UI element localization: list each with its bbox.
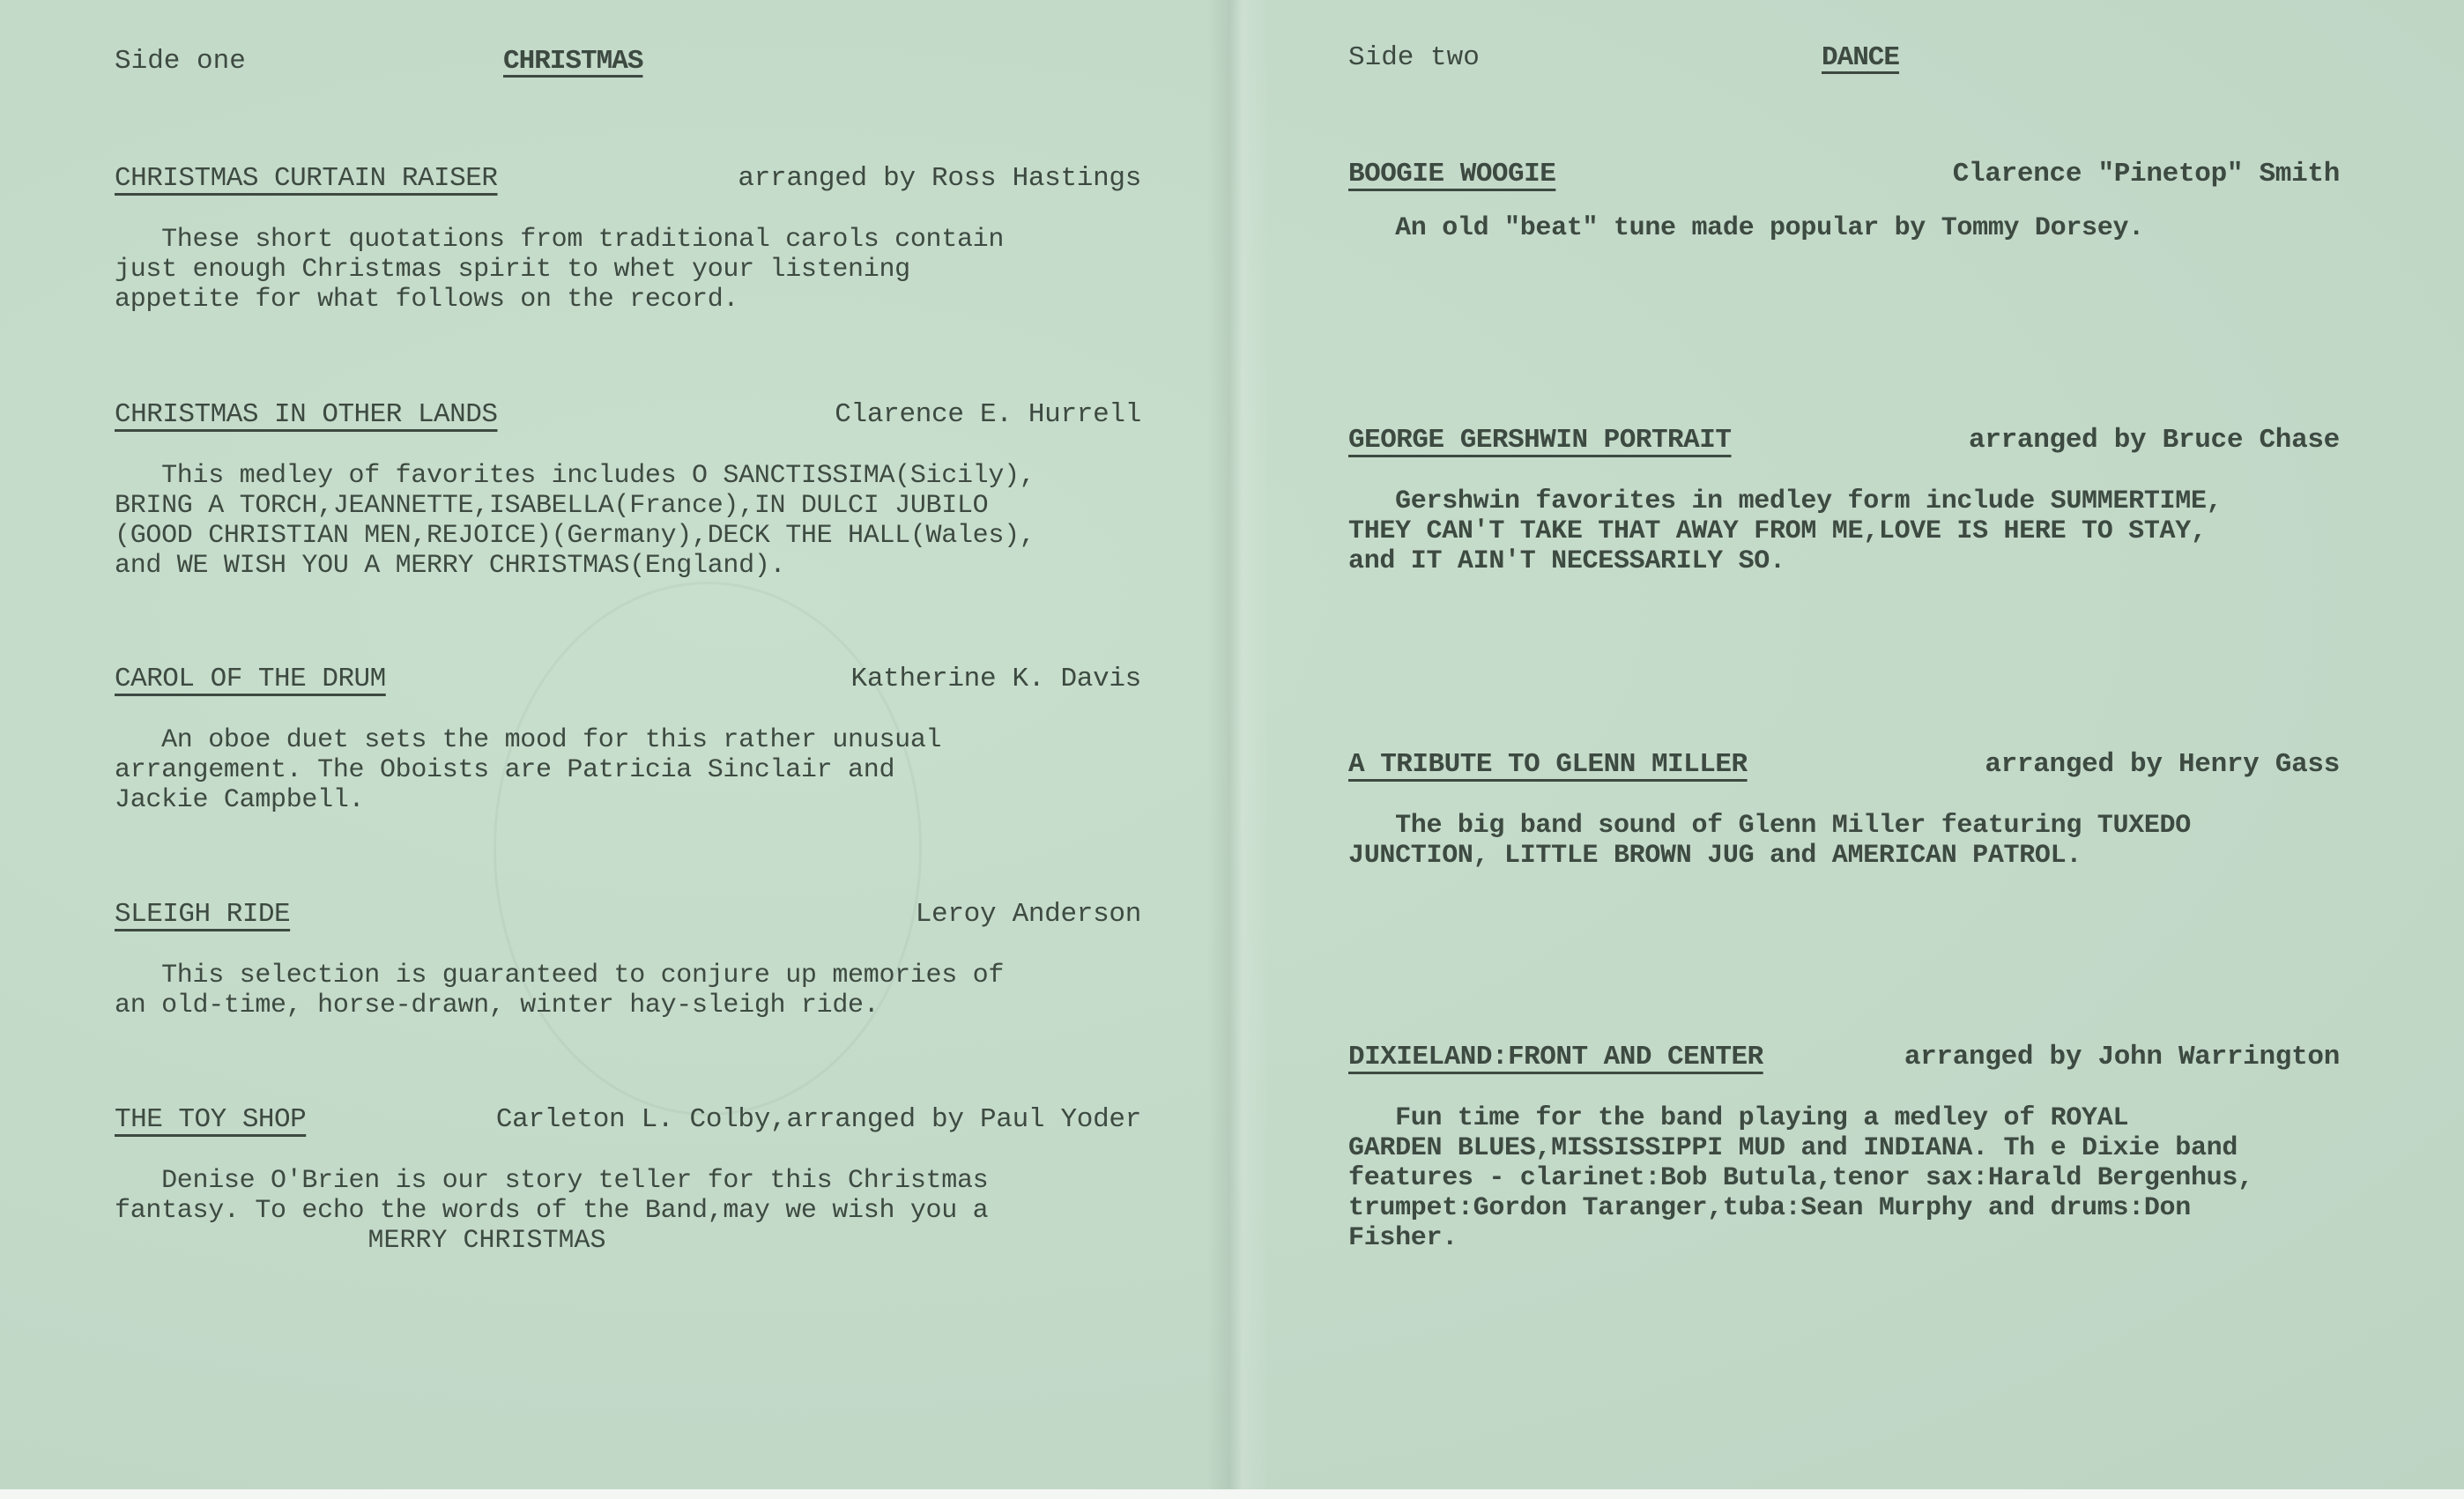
side-two-header: Side two DANCE [1348,42,2340,86]
track-credit: arranged by Bruce Chase [1969,425,2340,456]
track-credit: Carleton L. Colby,arranged by Paul Yoder [496,1104,1141,1135]
track-credit: Clarence E. Hurrell [835,399,1141,430]
side-title: CHRISTMAS [503,46,642,77]
track-credit: arranged by John Warrington [1904,1042,2340,1072]
track-description: These short quotations from traditional … [115,225,1141,315]
track-christmas-in-other-lands: CHRISTMAS IN OTHER LANDS Clarence E. Hur… [115,399,1141,581]
track-description: This selection is guaranteed to conjure … [115,961,1141,1020]
track-tribute-to-glenn-miller: A TRIBUTE TO GLENN MILLER arranged by He… [1348,749,2340,871]
track-description: This medley of favorites includes O SANC… [115,461,1141,581]
track-credit: Leroy Anderson [916,899,1141,930]
track-title: GEORGE GERSHWIN PORTRAIT [1348,425,1731,456]
page-bottom-edge [0,1489,2464,1499]
side-title: DANCE [1822,42,1899,73]
track-title: SLEIGH RIDE [115,899,290,930]
track-title: CHRISTMAS CURTAIN RAISER [115,163,497,194]
track-title: BOOGIE WOOGIE [1348,159,1555,189]
track-credit: arranged by Ross Hastings [738,163,1141,194]
track-description: Gershwin favorites in medley form includ… [1348,486,2340,576]
track-sleigh-ride: SLEIGH RIDE Leroy Anderson This selectio… [115,899,1141,1020]
track-george-gershwin-portrait: GEORGE GERSHWIN PORTRAIT arranged by Bru… [1348,425,2340,576]
track-credit: arranged by Henry Gass [1985,749,2340,780]
track-title: THE TOY SHOP [115,1104,306,1135]
track-description: Fun time for the band playing a medley o… [1348,1103,2340,1253]
track-credit: Katherine K. Davis [851,664,1141,694]
side-label: Side two [1348,42,1480,73]
track-description: An old "beat" tune made popular by Tommy… [1348,213,2340,243]
track-title: A TRIBUTE TO GLENN MILLER [1348,749,1748,780]
track-title: DIXIELAND:FRONT AND CENTER [1348,1042,1763,1072]
track-description: An oboe duet sets the mood for this rath… [115,725,1141,815]
track-credit: Clarence "Pinetop" Smith [1953,159,2340,189]
track-the-toy-shop: THE TOY SHOP Carleton L. Colby,arranged … [115,1104,1141,1256]
track-description: Denise O'Brien is our story teller for t… [115,1166,1141,1226]
track-christmas-curtain-raiser: CHRISTMAS CURTAIN RAISER arranged by Ros… [115,163,1141,315]
track-description: The big band sound of Glenn Miller featu… [1348,811,2340,871]
track-title: CHRISTMAS IN OTHER LANDS [115,399,497,430]
track-title: CAROL OF THE DRUM [115,664,386,694]
track-dixieland-front-and-center: DIXIELAND:FRONT AND CENTER arranged by J… [1348,1042,2340,1253]
closing-greeting: MERRY CHRISTMAS [115,1226,1141,1256]
side-one-header: Side one CHRISTMAS [115,46,1141,90]
track-carol-of-the-drum: CAROL OF THE DRUM Katherine K. Davis An … [115,664,1141,815]
side-label: Side one [115,46,246,77]
track-boogie-woogie: BOOGIE WOOGIE Clarence "Pinetop" Smith A… [1348,159,2340,243]
